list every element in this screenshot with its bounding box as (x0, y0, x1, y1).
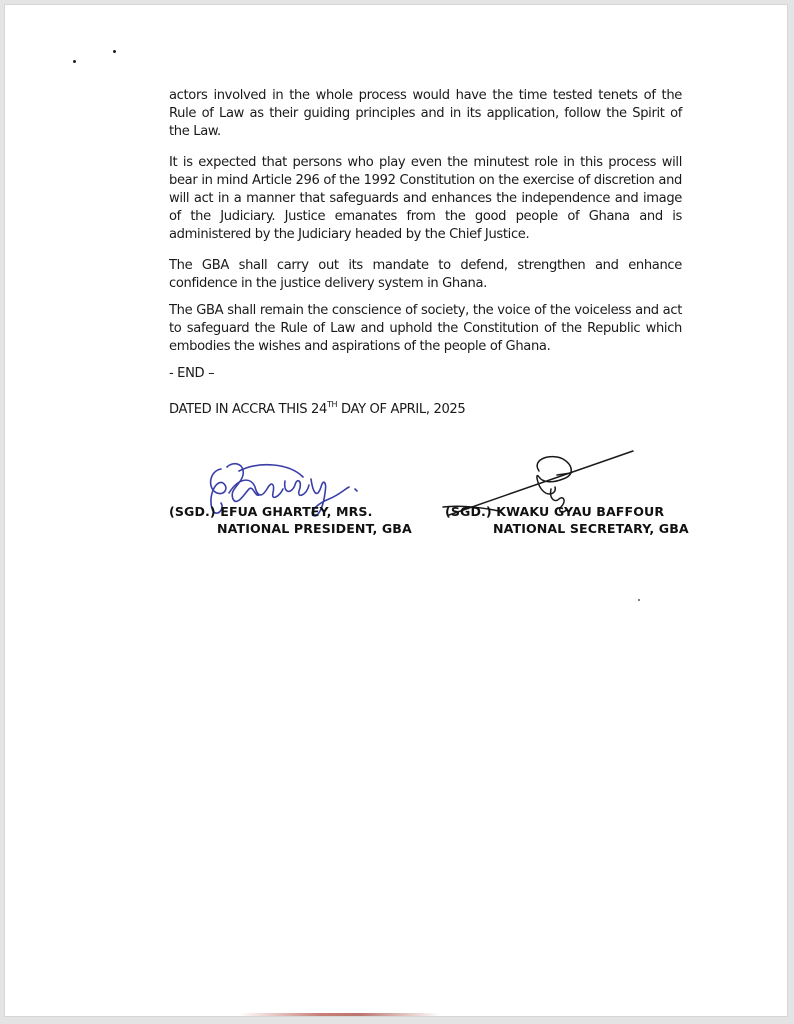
scan-edge-mark (240, 1013, 440, 1016)
dated-suffix: DAY OF APRIL, 2025 (337, 402, 465, 417)
dated-line: DATED IN ACCRA THIS 24TH DAY OF APRIL, 2… (169, 402, 465, 417)
signatory-title: NATIONAL PRESIDENT, GBA (169, 520, 412, 537)
signatory-name: (SGD.) KWAKU GYAU BAFFOUR (445, 503, 689, 520)
paragraph-gba-mandate: The GBA shall carry out its mandate to d… (169, 257, 682, 293)
scan-speck (113, 50, 116, 53)
end-marker: - END – (169, 365, 682, 383)
paragraph-article-296: It is expected that persons who play eve… (169, 154, 682, 244)
signatory-secretary: (SGD.) KWAKU GYAU BAFFOUR NATIONAL SECRE… (445, 503, 689, 537)
paragraph-rule-of-law: actors involved in the whole process wou… (169, 87, 682, 141)
document-page: actors involved in the whole process wou… (4, 4, 788, 1017)
signatory-name: (SGD.) EFUA GHARTEY, MRS. (169, 503, 412, 520)
signatory-title: NATIONAL SECRETARY, GBA (445, 520, 689, 537)
dated-prefix: DATED IN ACCRA THIS 24 (169, 402, 327, 417)
document-body: actors involved in the whole process wou… (169, 87, 682, 383)
scan-speck (638, 599, 640, 601)
paragraph-gba-conscience: The GBA shall remain the conscience of s… (169, 302, 682, 356)
signatory-president: (SGD.) EFUA GHARTEY, MRS. NATIONAL PRESI… (169, 503, 412, 537)
scan-speck (73, 60, 76, 63)
dated-ordinal-suffix: TH (327, 400, 337, 409)
